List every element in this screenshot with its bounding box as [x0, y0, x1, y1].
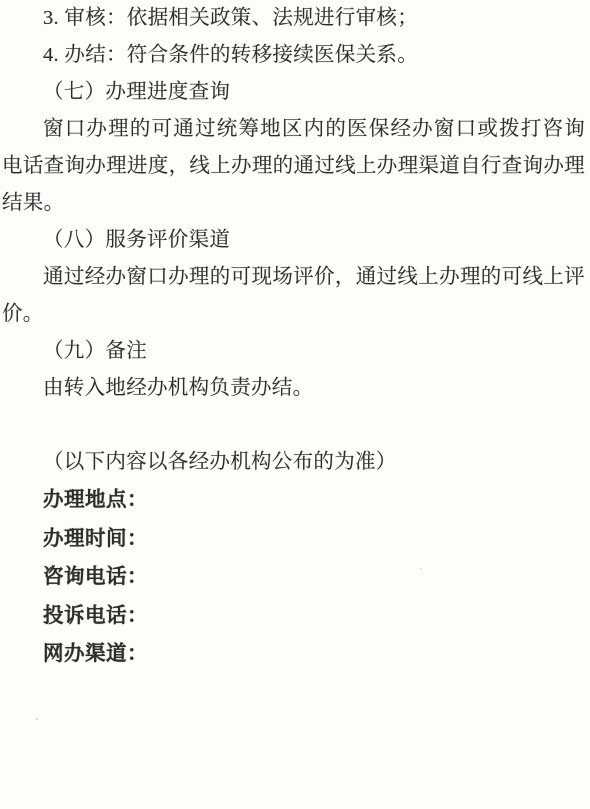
section-heading-service-evaluation: （八）服务评价渠道	[2, 222, 585, 259]
field-label-complaint-phone: 投诉电话：	[2, 597, 585, 636]
paragraph-evaluation-line-1: 通过经办窗口办理的可现场评价，通过线上办理的可线上评	[2, 259, 585, 296]
field-label-online-channel: 网办渠道：	[2, 635, 585, 674]
note-disclaimer: （以下内容以各经办机构公布的为准）	[2, 444, 585, 481]
scan-speck	[420, 568, 422, 569]
field-label-handling-time: 办理时间：	[2, 520, 585, 559]
step-item-review: 3. 审核：依据相关政策、法规进行审核；	[2, 0, 585, 37]
paragraph-remarks: 由转入地经办机构负责办结。	[2, 370, 585, 407]
field-label-consultation-phone: 咨询电话：	[2, 558, 585, 597]
section-heading-progress-inquiry: （七）办理进度查询	[2, 74, 585, 111]
paragraph-evaluation-line-2: 价。	[2, 296, 585, 333]
blank-line-spacer	[2, 407, 585, 444]
paragraph-progress-line-3: 结果。	[2, 185, 585, 222]
step-item-completion: 4. 办结：符合条件的转移接续医保关系。	[2, 37, 585, 74]
paragraph-progress-line-2: 电话查询办理进度，线上办理的通过线上办理渠道自行查询办理	[2, 148, 585, 185]
field-label-handling-location: 办理地点：	[2, 481, 585, 520]
paragraph-progress-line-1: 窗口办理的可通过统筹地区内的医保经办窗口或拨打咨询	[2, 111, 585, 148]
document-page: 3. 审核：依据相关政策、法规进行审核； 4. 办结：符合条件的转移接续医保关系…	[0, 0, 585, 809]
section-heading-remarks: （九）备注	[2, 333, 585, 370]
scan-speck	[36, 718, 38, 720]
